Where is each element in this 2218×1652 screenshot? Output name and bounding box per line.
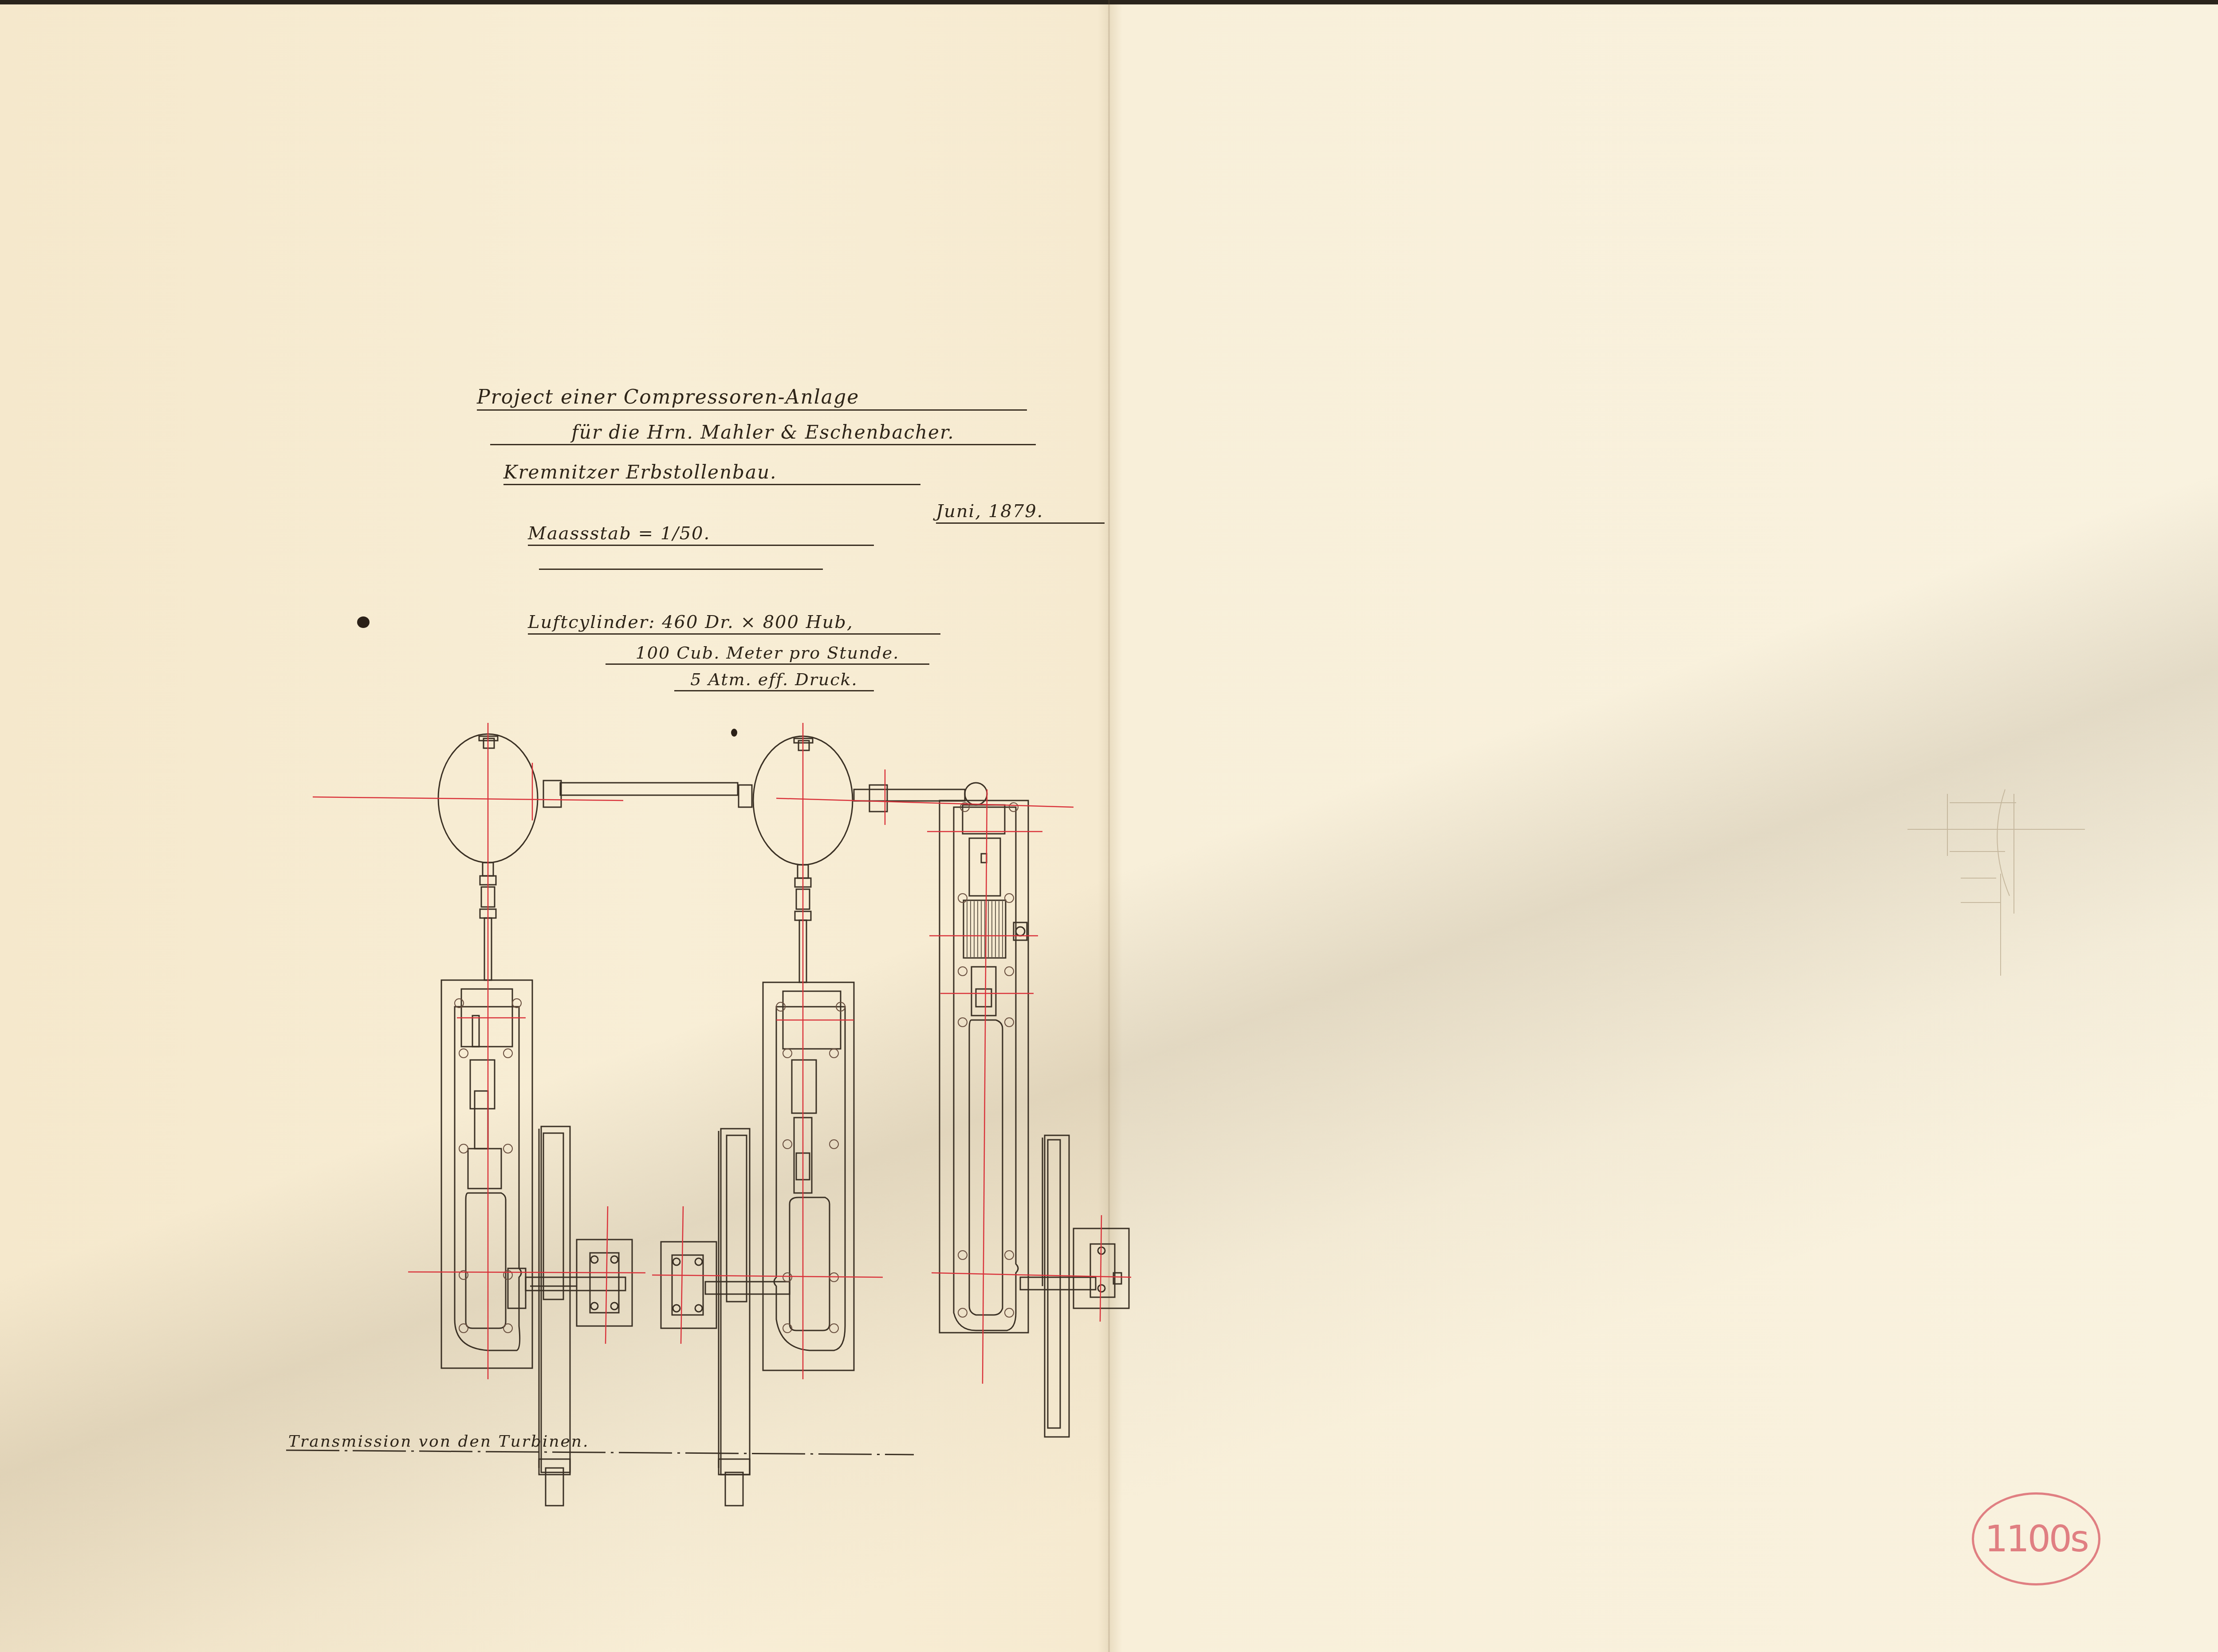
flywheel-1	[530, 1126, 577, 1472]
archive-number-stamp: 1100s	[1972, 1492, 2100, 1585]
flywheel-3	[1042, 1135, 1069, 1437]
flywheel-2	[719, 1129, 750, 1475]
transmission-label: Transmission von den Turbinen.	[288, 1432, 589, 1451]
outboard-bearing-1	[577, 1240, 632, 1326]
transmission-line	[286, 1450, 914, 1455]
compressor-unit-2	[763, 982, 854, 1370]
faint-pencil-sketch	[1907, 789, 2085, 976]
compressor-unit-1	[441, 980, 532, 1368]
outboard-bearing-2	[661, 1242, 716, 1328]
archive-number: 1100s	[1985, 1518, 2087, 1560]
compressor-plant-drawing	[0, 0, 2218, 1652]
